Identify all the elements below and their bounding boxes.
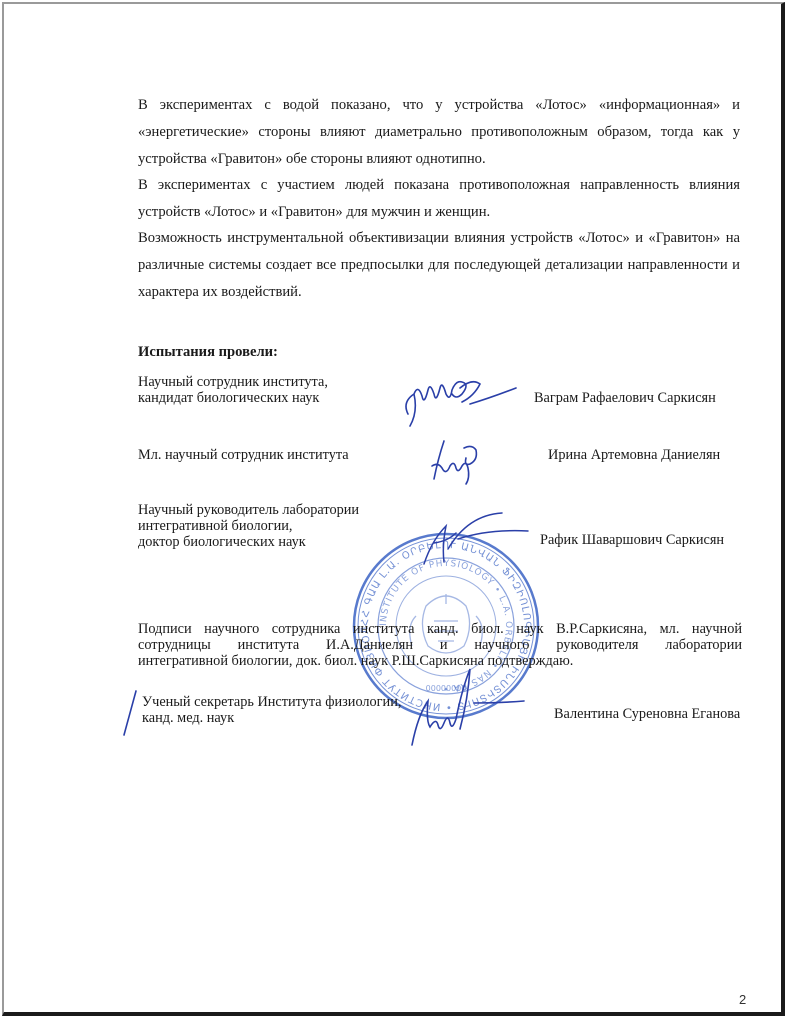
signature-3-icon — [404, 509, 534, 569]
signatory-name-1: Ваграм Рафаелович Саркисян — [534, 390, 716, 406]
confirmation-line-3: интегративной биологии, док. биол. наук … — [138, 653, 742, 669]
paragraph-human-experiments: В экспериментах с участием людей показан… — [138, 172, 740, 226]
confirmation-line-1: Подписи научного сотрудника института ка… — [138, 621, 742, 637]
secretary-role: Ученый секретарь Института физиологии, к… — [142, 694, 401, 726]
document-page: В экспериментах с водой показано, что у … — [2, 2, 785, 1016]
signatory-name-2: Ирина Артемовна Даниелян — [548, 447, 720, 463]
signatory-role-2: Мл. научный сотрудник института — [138, 447, 349, 463]
secretary-signature-icon — [404, 659, 534, 749]
signatories-heading: Испытания провели: — [138, 344, 278, 361]
svg-text:00000000: 00000000 — [426, 684, 467, 693]
secretary-name: Валентина Суреновна Еганова — [554, 706, 740, 722]
signatory-name-3: Рафик Шаваршович Саркисян — [540, 532, 724, 548]
signatory-role-1: Научный сотрудник института, кандидат би… — [138, 374, 328, 406]
paragraph-objectivization: Возможность инструментальной объективиза… — [138, 225, 740, 306]
ink-slash-mark-icon — [120, 689, 140, 739]
confirmation-paragraph: Подписи научного сотрудника института ка… — [138, 621, 742, 669]
page-number: 2 — [739, 992, 746, 1007]
paragraph-water-experiments: В экспериментах с водой показано, что у … — [138, 92, 740, 173]
svg-text:ՀՀ ԳԱԱ Լ.Ա. ՕՐԲԵԼՈՒ ԱՆՎԱՆ ՖԻԶԻ: ՀՀ ԳԱԱ Լ.Ա. ՕՐԲԵԼՈՒ ԱՆՎԱՆ ՖԻԶԻՈԼՈԳԻԱՅԻ Ի… — [346, 526, 532, 712]
signature-1-icon — [400, 374, 520, 429]
signatory-role-3: Научный руководитель лаборатории интегра… — [138, 502, 359, 550]
signature-2-icon — [424, 434, 494, 489]
confirmation-line-2: сотрудницы института И.А.Даниелян и науч… — [138, 637, 742, 653]
